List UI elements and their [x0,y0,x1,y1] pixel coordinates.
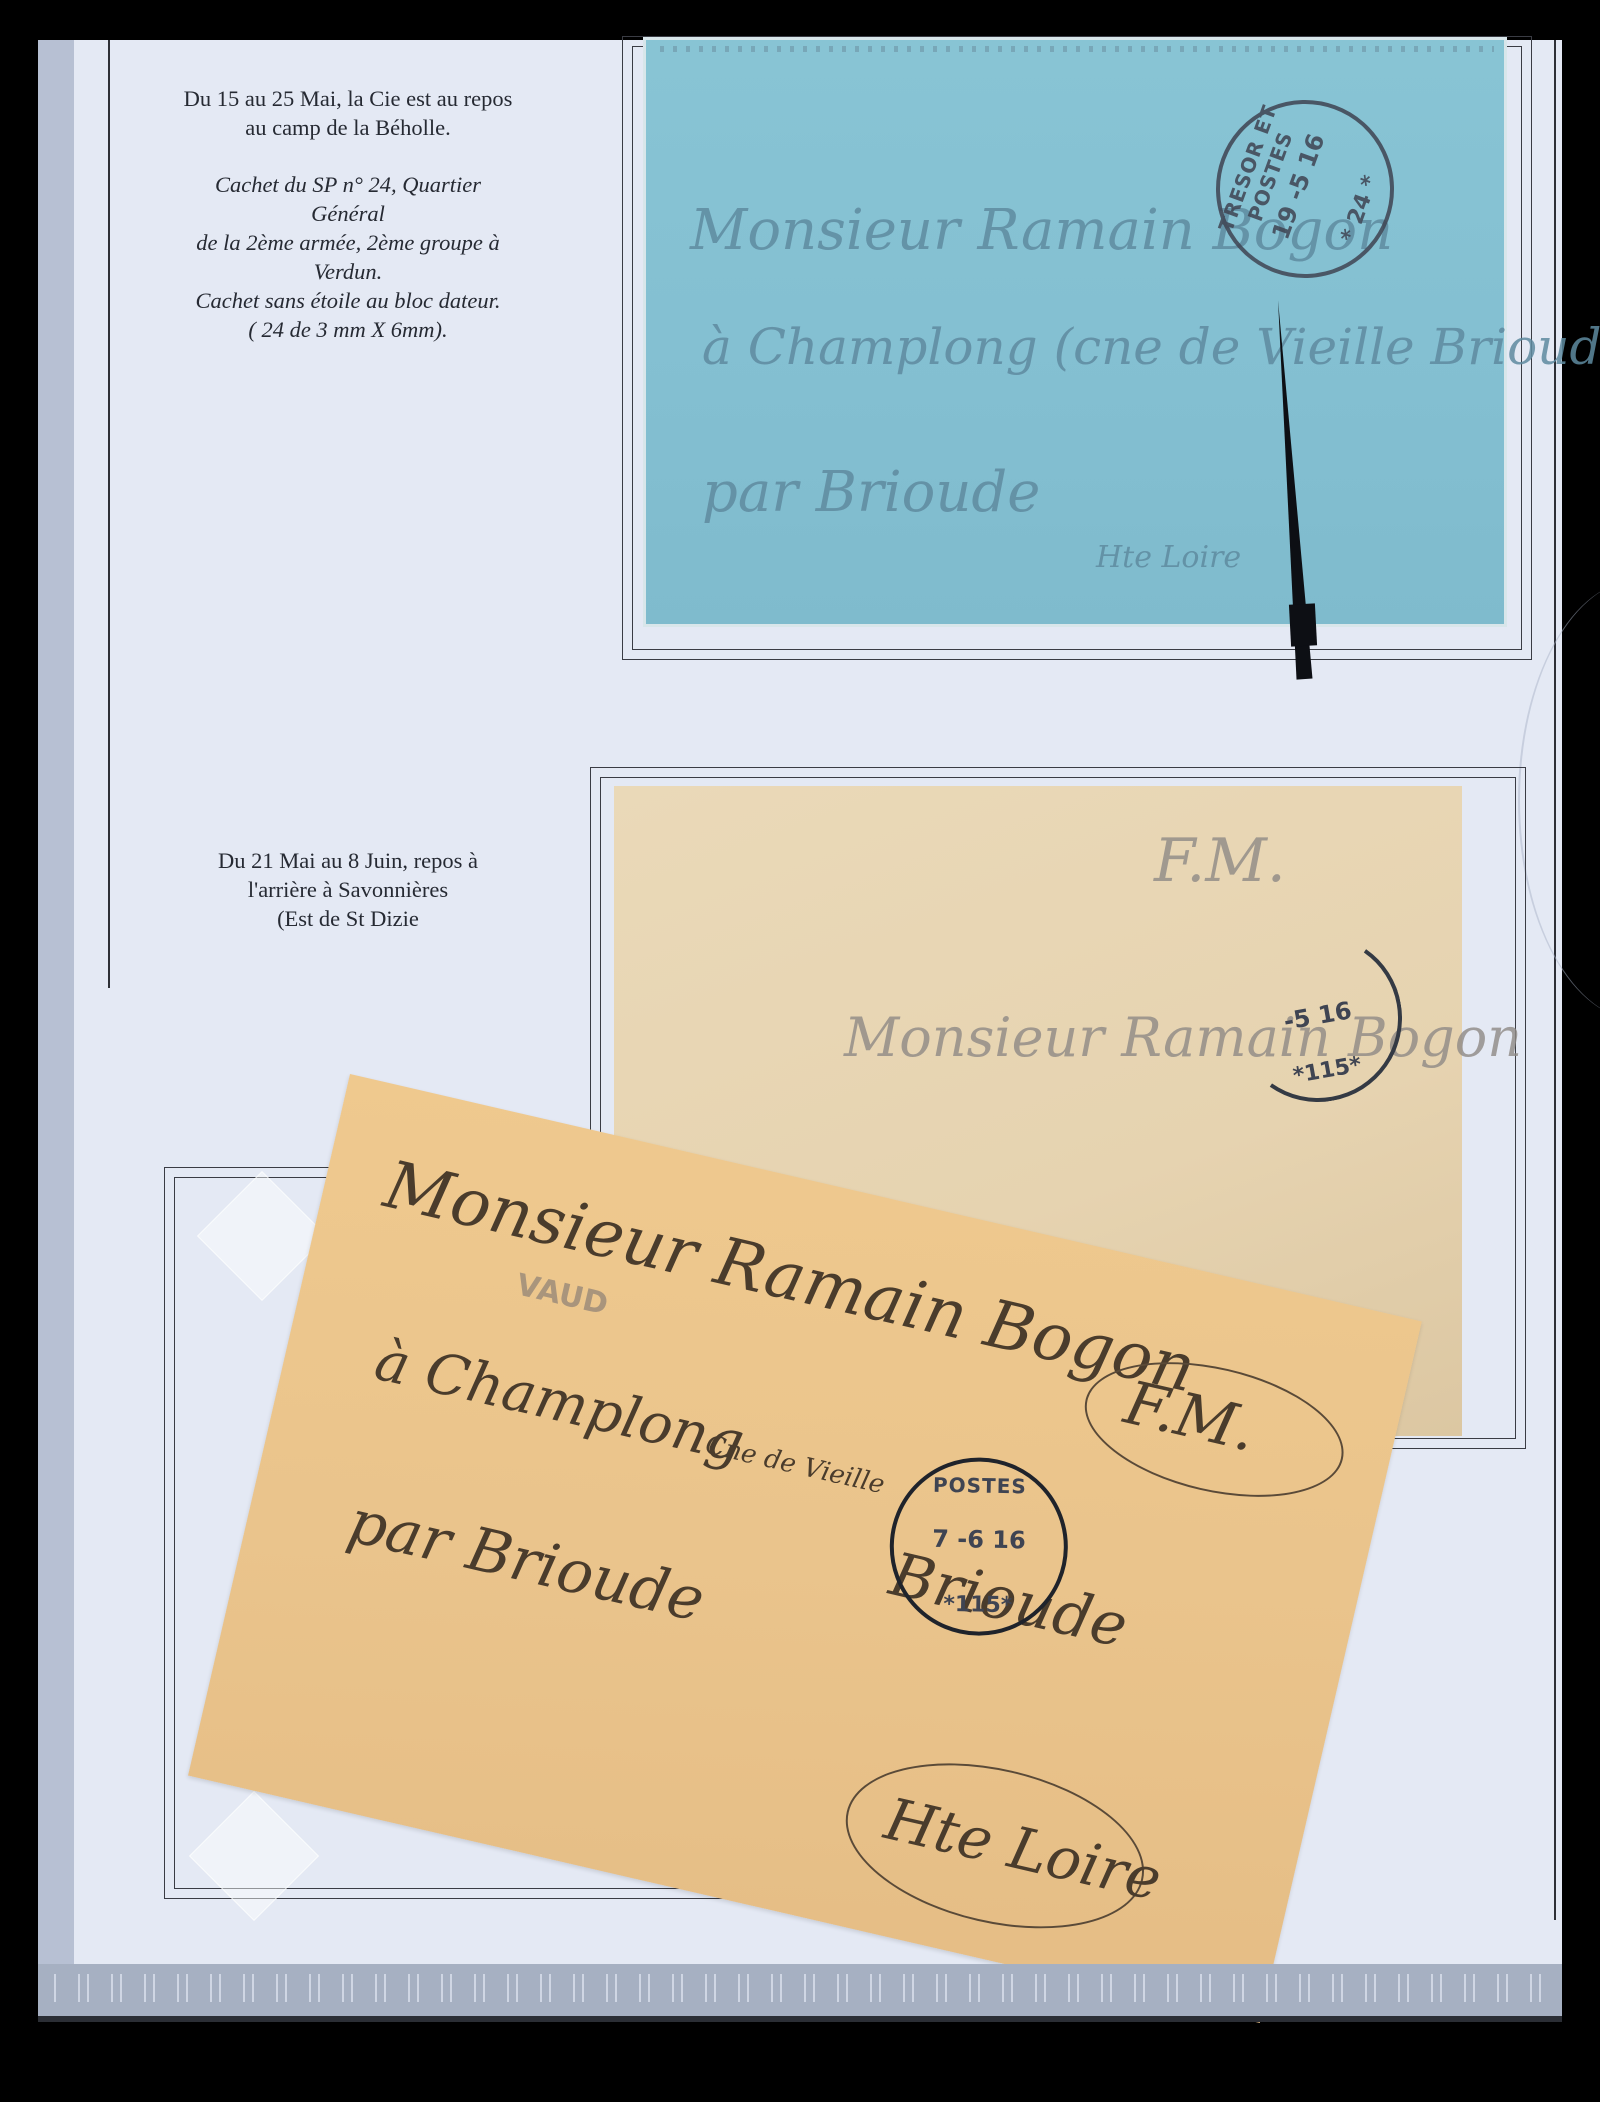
caption-top: Du 15 au 25 Mai, la Cie est au repos au … [178,84,518,344]
caption-italic-line: Verdun. [178,257,518,286]
caption-italic-line: Cachet du SP n° 24, Quartier Général [178,170,518,228]
caption-italic-line: Cachet sans étoile au bloc dateur. [178,286,518,315]
caption-line: Du 21 Mai au 8 Juin, repos à [188,846,508,875]
sleeve-perforations [54,1974,1554,2002]
handwritten-address-line: Monsieur Ramain Bogon [844,1006,1522,1069]
postmark-tresor-et-postes-24: TRESOR ET POSTES 19 -5 16 * 24 * [1191,75,1419,303]
caption-line: l'arrière à Savonnières [188,875,508,904]
handwritten-address-line: Hte Loire [1096,540,1241,575]
postmark-115: POSTES 7 -6 16 *115* [888,1456,1069,1637]
pointer-strip-end [1289,603,1317,646]
handwritten-address-line: à Champlong (cne de Vieille Brioude) [702,318,1600,376]
franchise-militaire-mark: F.M. [1154,826,1286,896]
handwritten-address-line: par Brioude [702,460,1040,525]
caption-bottom: Du 21 Mai au 8 Juin, repos à l'arrière à… [188,846,508,933]
caption-italic-line: ( 24 de 3 mm X 6mm). [178,315,518,344]
caption-line: au camp de la Béholle. [178,113,518,142]
transit-mark: VAUD [513,1267,611,1322]
handwritten-address-line: par Brioude [342,1486,711,1636]
caption-line: (Est de St Dizie [188,904,508,933]
page-binding-strip [38,40,74,1964]
caption-italic-line: de la 2ème armée, 2ème groupe à [178,228,518,257]
album-page: Du 15 au 25 Mai, la Cie est au repos au … [38,40,1562,1964]
postmark-115: -5 16 *115* [1221,921,1416,1116]
caption-line: Du 15 au 25 Mai, la Cie est au repos [178,84,518,113]
handwritten-address-line: Cne de Vieille [702,1430,887,1500]
sleeve-binding-strip [38,1964,1562,2022]
letter-card[interactable]: Monsieur Ramain Bogon à Champlong (cne d… [646,40,1504,624]
handwritten-address-line: à Champlong [369,1328,750,1476]
perforation-edge [660,46,1494,52]
left-margin-rule [108,40,110,988]
